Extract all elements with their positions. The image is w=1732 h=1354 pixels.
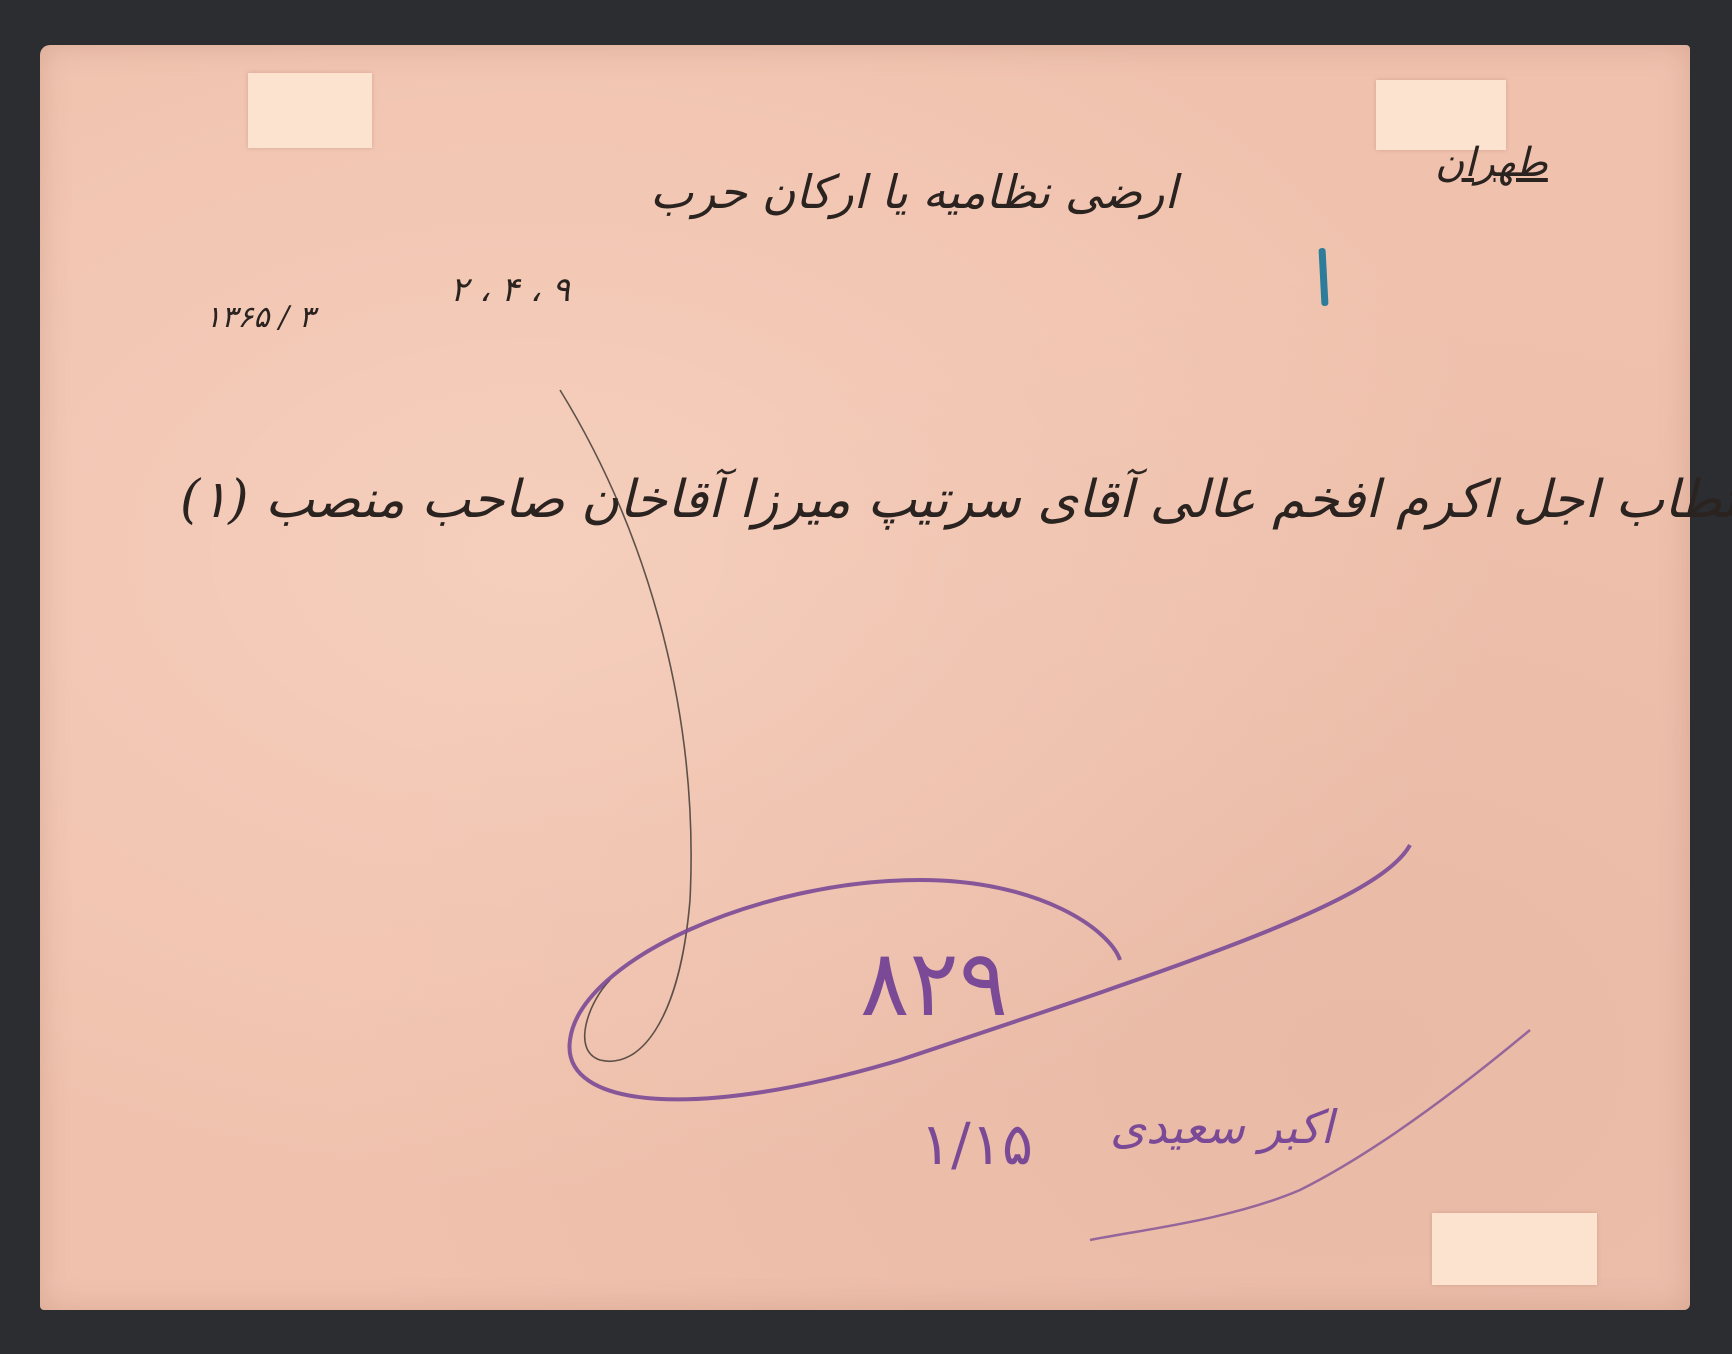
ink-strokes bbox=[0, 0, 1732, 1354]
purple-registry-number: ۸۲۹ bbox=[860, 930, 1008, 1037]
purple-date-number: ۱/۱۵ bbox=[920, 1110, 1033, 1178]
purple-signature: اکبر سعیدی bbox=[1110, 1100, 1333, 1154]
